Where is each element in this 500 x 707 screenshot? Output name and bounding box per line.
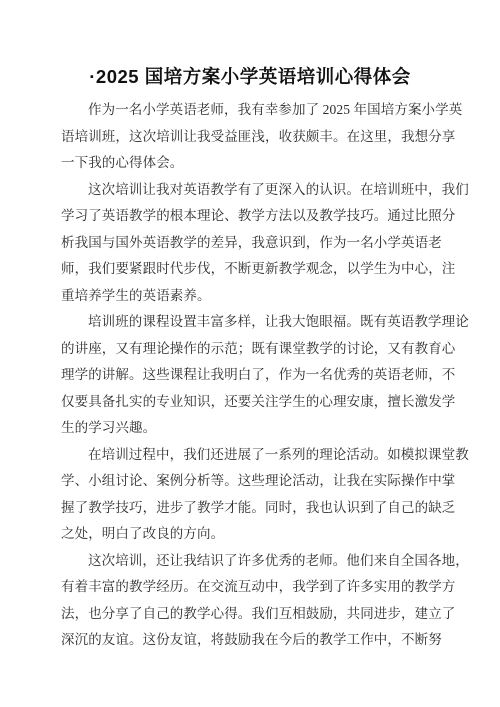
paragraph-line: 理学的讲解。这些课程让我明白了，作为一名优秀的英语老师，不 [61, 362, 440, 389]
paragraph-line: 语培训班，这次培训让我受益匪浅，收获颇丰。在这里，我想分享 [61, 124, 440, 151]
document-page: ·2025 国培方案小学英语培训心得体会 作为一名小学英语老师，我有幸参加了 2… [0, 0, 500, 707]
paragraph-4: 在培训过程中，我们还进展了一系列的理论活动。如模拟课堂教学、小组讨论、案例分析等… [61, 442, 440, 548]
paragraph-2: 这次培训让我对英语教学有了更深入的认识。在培训班中，我们学习了英语教学的根本理论… [61, 177, 440, 310]
document-title: ·2025 国培方案小学英语培训心得体会 [0, 0, 500, 89]
paragraph-1: 作为一名小学英语老师，我有幸参加了 2025 年国培方案小学英语培训班，这次培训… [61, 97, 440, 177]
paragraph-line: 法，也分享了自己的教学心得。我们互相鼓励，共同进步，建立了 [61, 601, 440, 628]
paragraph-line: 深沉的友谊。这份友谊，将鼓励我在今后的教学工作中，不断努 [61, 627, 440, 654]
paragraph-line: 学习了英语教学的根本理论、教学方法以及教学技巧。通过比照分 [61, 203, 440, 230]
paragraph-line: 师，我们要紧跟时代步伐，不断更新教学观念，以学生为中心，注 [61, 256, 440, 283]
paragraph-line: 仅要具备扎实的专业知识，还要关注学生的心理安康，擅长激发学 [61, 389, 440, 416]
paragraph-first-line: 在培训过程中，我们还进展了一系列的理论活动。如模拟课堂教 [61, 442, 440, 469]
paragraph-first-line: 培训班的课程设置丰富多样，让我大饱眼福。既有英语教学理论 [61, 309, 440, 336]
paragraph-first-line: 这次培训让我对英语教学有了更深入的认识。在培训班中，我们 [61, 177, 440, 204]
paragraph-line: 生的学习兴趣。 [61, 415, 440, 442]
paragraph-line: 的讲座，又有理论操作的示范；既有课堂教学的讨论，又有教育心 [61, 336, 440, 363]
paragraph-line: 学、小组讨论、案例分析等。这些理论活动，让我在实际操作中掌 [61, 468, 440, 495]
paragraph-3: 培训班的课程设置丰富多样，让我大饱眼福。既有英语教学理论的讲座，又有理论操作的示… [61, 309, 440, 442]
paragraph-line: 一下我的心得体会。 [61, 150, 440, 177]
paragraph-line: 握了教学技巧，进步了教学才能。同时，我也认识到了自己的缺乏 [61, 495, 440, 522]
document-body: 作为一名小学英语老师，我有幸参加了 2025 年国培方案小学英语培训班，这次培训… [61, 97, 440, 654]
paragraph-5: 这次培训，还让我结识了许多优秀的老师。他们来自全国各地，有着丰富的教学经历。在交… [61, 548, 440, 654]
paragraph-line: 有着丰富的教学经历。在交流互动中，我学到了许多实用的教学方 [61, 574, 440, 601]
paragraph-line: 重培养学生的英语素养。 [61, 283, 440, 310]
paragraph-first-line: 作为一名小学英语老师，我有幸参加了 2025 年国培方案小学英 [61, 97, 440, 124]
paragraph-first-line: 这次培训，还让我结识了许多优秀的老师。他们来自全国各地， [61, 548, 440, 575]
paragraph-line: 之处，明白了改良的方向。 [61, 521, 440, 548]
paragraph-line: 析我国与国外英语教学的差异，我意识到，作为一名小学英语老 [61, 230, 440, 257]
